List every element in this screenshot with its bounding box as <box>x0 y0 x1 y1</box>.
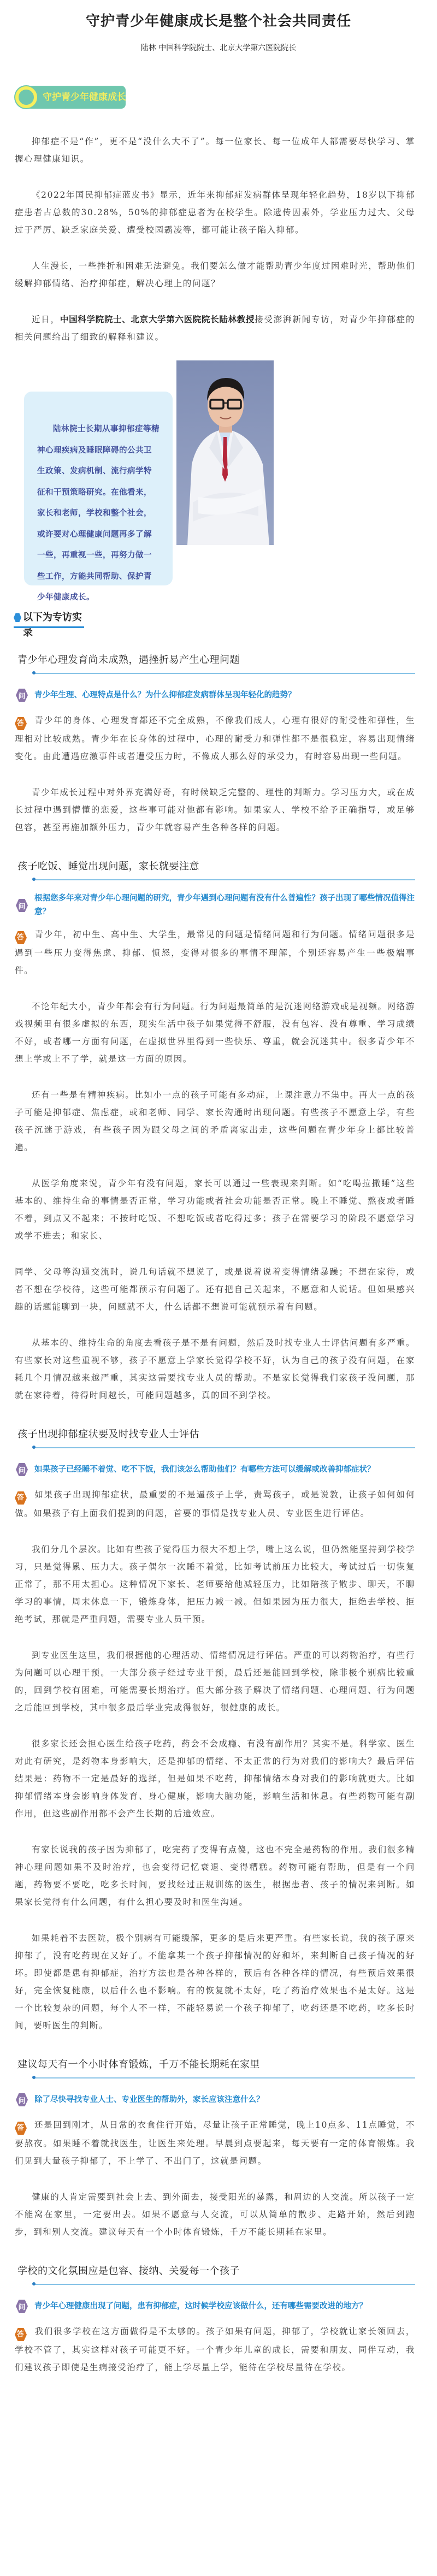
section-heading: 孩子吃饭、睡觉出现问题，家长就要注意 <box>17 859 415 884</box>
portrait-photo <box>176 360 274 545</box>
body-paragraph: 到专业医生这里，我们根据他的心理活动、情绪情况进行评估。严重的可以药物治疗，有些… <box>15 1647 415 1716</box>
rule-dot-icon <box>32 878 36 881</box>
question-row: 问 青少年生理、心理特点是什么？为什么抑郁症发病群体呈现年轻化的趋势？ <box>15 685 415 705</box>
interview-heading-text: 以下为专访实录 <box>23 610 85 641</box>
intro-paragraph: 人生漫长，一些挫折和困难无法避免。我们要怎么做才能帮助青少年度过困难时光，帮助他… <box>15 257 415 292</box>
intro-prefix: 近日， <box>32 315 60 324</box>
question-row: 问 根据您多年来对青少年心理问题的研究，青少年遇到心理问题有没有什么普遍性？孩子… <box>15 892 415 919</box>
answer-paragraph: 答还是回到刚才，从日常的衣食住行开始，尽量让孩子正常睡觉，晚上10点多、11点睡… <box>15 2116 415 2170</box>
section-heading-text: 孩子出现抑郁症状要及时找专业人士评估 <box>17 1427 415 1442</box>
question-hex-icon: 问 <box>16 689 28 702</box>
intro-paragraph: 抑郁症不是“作”，更不是“没什么大不了”。每一位家长、每一位成年人都需要尽快学习… <box>15 133 415 168</box>
question-row: 问 青少年心理健康出现了问题，患有抑郁症，这时候学校应该做什么，还有哪些需要改进… <box>15 2296 415 2316</box>
question-hex-icon: 问 <box>16 2300 28 2313</box>
question-text: 根据您多年来对青少年心理问题的研究，青少年遇到心理问题有没有什么普遍性？孩子出现… <box>34 892 415 919</box>
body-paragraph: 不论年纪大小，青少年都会有行为问题。行为问题最简单的是沉迷网络游戏或是视频。网络… <box>15 998 415 1068</box>
question-hex-icon: 问 <box>16 899 28 912</box>
answer-hex-icon: 答 <box>15 717 27 730</box>
question-row: 问 如果孩子已经睡不着觉、吃不下饭，我们该怎么帮助他们？有哪些方法可以缓解或改善… <box>15 1460 415 1479</box>
body-paragraph: 健康的人肯定需要到社会上去、到外面去，接受阳光的暴露，和周边的人交流。所以孩子一… <box>15 2188 415 2241</box>
body-paragraph: 很多家长还会担心医生给孩子吃药，药会不会成瘾、有没有副作用？其实不是。科学家、医… <box>15 1735 415 1822</box>
body-paragraph: 从基本的、维持生命的角度去看孩子是不是有问题，然后及时找专业人士评估问题有多严重… <box>15 1334 415 1404</box>
section-heading: 孩子出现抑郁症状要及时找专业人士评估 <box>17 1427 415 1452</box>
section-heading-text: 青少年心理发育尚未成熟，遇挫折易产生心理问题 <box>17 653 415 668</box>
answer-hex-icon: 答 <box>15 931 27 944</box>
body-paragraph: 还有一些是有精神疾病。比如小一点的孩子可能有多动症，上课注意力不集中。再大一点的… <box>15 1086 415 1156</box>
badge-label: 守护青少年健康成长 <box>43 86 126 109</box>
rule-dot-icon <box>32 1446 36 1449</box>
section-heading: 青少年心理发育尚未成熟，遇挫折易产生心理问题 <box>17 653 415 678</box>
intro-bold-credit: 中国科学院院士、北京大学第六医院院长陆林教授 <box>60 315 255 324</box>
section-heading-text: 学校的文化氛围应是包容、接纳、关爱每一个孩子 <box>17 2264 415 2279</box>
rule-dot-icon <box>32 2076 36 2079</box>
answer-hex-icon: 答 <box>15 2328 27 2341</box>
answer-text: 青少年，初中生、高中生、大学生，最常见的问题是情绪问题和行为问题。情绪问题很多是… <box>15 929 415 975</box>
profile-card: 陆林院士长期从事抑郁症等精神心理疾病及睡眠障碍的公共卫生政策、发病机制、流行病学… <box>24 392 173 585</box>
profile-block: 陆林院士长期从事抑郁症等精神心理疾病及睡眠障碍的公共卫生政策、发病机制、流行病学… <box>0 359 437 588</box>
section-badge: 守护青少年健康成长 <box>15 86 127 109</box>
rule-dot-icon <box>32 671 36 674</box>
question-row: 问 除了尽快寻找专业人士、专业医生的帮助外，家长应该注意什么？ <box>15 2090 415 2110</box>
answer-paragraph: 答青少年的身体、心理发育都还不完全成熟，不像我们成人，心理有很好的耐受性和弹性，… <box>15 712 415 765</box>
question-text: 如果孩子已经睡不着觉、吃不下饭，我们该怎么帮助他们？有哪些方法可以缓解或改善抑郁… <box>34 1463 375 1477</box>
article-title: 守护青少年健康成长是整个社会共同责任 <box>0 0 437 30</box>
body-paragraph: 从医学角度来说，青少年有没有问题，家长可以通过一些表现来判断。如“吃喝拉撒睡”这… <box>15 1175 415 1245</box>
body-paragraph: 我们分几个层次。比如有些孩子觉得压力很大不想上学，嘴上这么说，但仍然能坚持到学校… <box>15 1541 415 1628</box>
heading-rule <box>33 2284 415 2285</box>
heading-rule <box>33 673 415 674</box>
heading-rule <box>33 879 415 880</box>
answer-text: 我们很多学校在这方面做得是不太够的。孩子如果有问题，抑郁了，学校就让家长领回去，… <box>15 2326 415 2372</box>
article-byline: 陆林 中国科学院院士、北京大学第六医院院长 <box>0 42 437 53</box>
rule-dot-icon <box>32 2282 36 2285</box>
answer-paragraph: 答青少年，初中生、高中生、大学生，最常见的问题是情绪问题和行为问题。情绪问题很多… <box>15 926 415 979</box>
answer-paragraph: 答如果孩子出现抑郁症状，最重要的不是逼孩子上学，责骂孩子，或是说教，让孩子如何如… <box>15 1486 415 1522</box>
question-text: 青少年心理健康出现了问题，患有抑郁症，这时候学校应该做什么，还有哪些需要改进的地… <box>34 2300 367 2313</box>
question-text: 除了尽快寻找专业人士、专业医生的帮助外，家长应该注意什么？ <box>34 2093 264 2107</box>
answer-hex-icon: 答 <box>15 2122 27 2135</box>
hexagon-icon <box>14 613 21 622</box>
question-text: 青少年生理、心理特点是什么？为什么抑郁症发病群体呈现年轻化的趋势？ <box>34 689 296 702</box>
intro-paragraph: 《2022年国民抑郁症蓝皮书》显示，近年来抑郁症发病群体呈现年轻化趋势，18岁以… <box>15 186 415 239</box>
body-paragraph: 青少年成长过程中对外界充满好奇，有时候缺乏完整的、理性的判断力。学习压力大，或在… <box>15 784 415 836</box>
answer-text: 还是回到刚才，从日常的衣食住行开始，尽量让孩子正常睡觉，晚上10点多、11点睡觉… <box>15 2120 415 2166</box>
portrait-illustration <box>176 360 274 545</box>
answer-text: 如果孩子出现抑郁症状，最重要的不是逼孩子上学，责骂孩子，或是说教，让孩子如何如何… <box>15 1490 415 1518</box>
body-paragraph: 有家长说我的孩子因为抑郁了，吃完药了变得有点傻，这也不完全是药物的作用。我们很多… <box>15 1841 415 1911</box>
heading-rule <box>33 1447 415 1448</box>
interview-heading: 以下为专访实录 <box>14 610 85 630</box>
body-paragraph: 如果耗着不去医院，极个别病有可能缓解，更多的是后来更严重。有些家长说，我的孩子原… <box>15 1929 415 2034</box>
answer-text: 青少年的身体、心理发育都还不完全成熟，不像我们成人，心理有很好的耐受性和弹性，生… <box>15 715 415 761</box>
intro-paragraph: 近日，中国科学院院士、北京大学第六医院院长陆林教授接受澎湃新闻专访，对青少年抑郁… <box>15 311 415 346</box>
section-heading: 学校的文化氛围应是包容、接纳、关爱每一个孩子 <box>17 2264 415 2289</box>
answer-hex-icon: 答 <box>15 1491 27 1505</box>
article-page: 守护青少年健康成长是整个社会共同责任 陆林 中国科学院院士、北京大学第六医院院长… <box>0 0 437 2387</box>
section-heading-text: 建议每天有一个小时体育锻炼，千万不能长期耗在家里 <box>17 2057 415 2072</box>
heading-rule <box>33 2077 415 2078</box>
ring-icon <box>15 86 37 108</box>
question-hex-icon: 问 <box>16 1463 28 1476</box>
heading-underline <box>14 626 84 628</box>
section-heading: 建议每天有一个小时体育锻炼，千万不能长期耗在家里 <box>17 2057 415 2082</box>
body-paragraph: 同学、父母等沟通交流时，说几句话就不想说了，或是说着说着变得情绪暴躁；不想在家待… <box>15 1263 415 1316</box>
question-hex-icon: 问 <box>16 2093 28 2106</box>
answer-paragraph: 答我们很多学校在这方面做得是不太够的。孩子如果有问题，抑郁了，学校就让家长领回去… <box>15 2323 415 2376</box>
section-heading-text: 孩子吃饭、睡觉出现问题，家长就要注意 <box>17 859 415 874</box>
profile-text: 陆林院士长期从事抑郁症等精神心理疾病及睡眠障碍的公共卫生政策、发病机制、流行病学… <box>37 419 160 608</box>
